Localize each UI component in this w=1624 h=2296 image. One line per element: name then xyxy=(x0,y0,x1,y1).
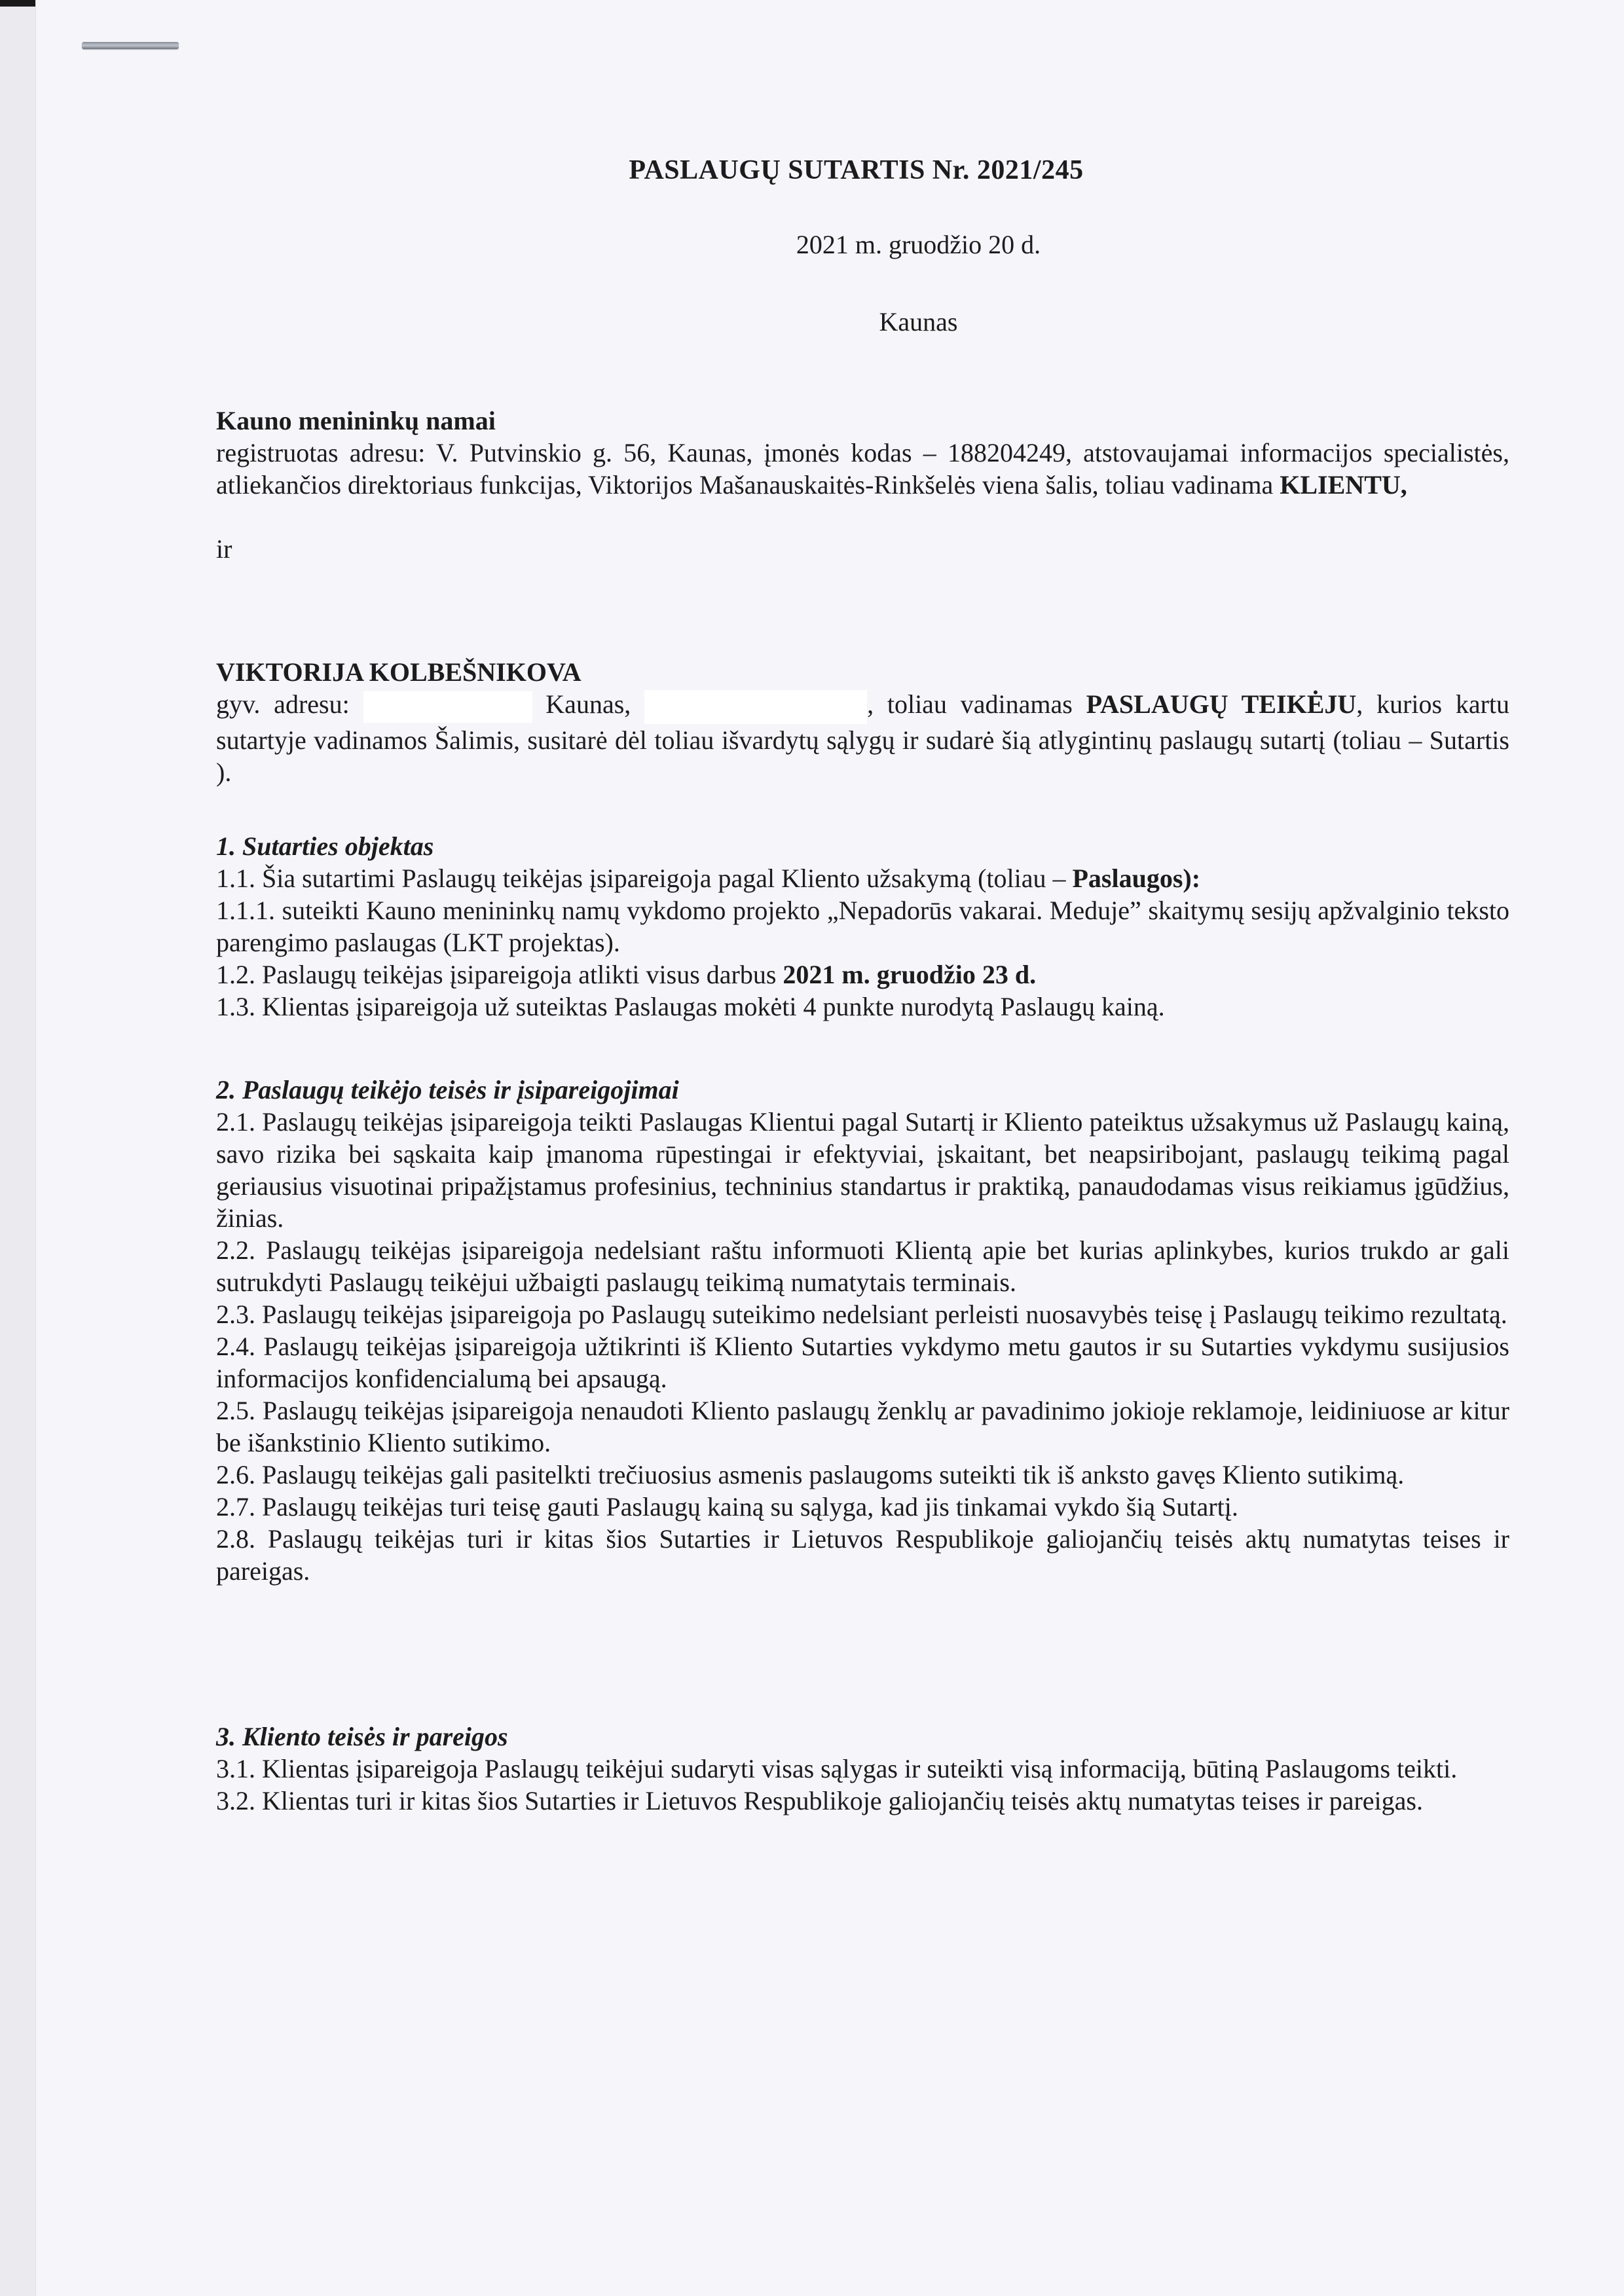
clause-3-2: 3.2. Klientas turi ir kitas šios Sutarti… xyxy=(216,1785,1509,1817)
client-name: Kauno menininkų namai xyxy=(216,405,1509,437)
clause-2-7: 2.7. Paslaugų teikėjas turi teisę gauti … xyxy=(216,1491,1509,1523)
section-1: 1. Sutarties objektas 1.1. Šia sutartimi… xyxy=(216,830,1509,1023)
clause-2-1: 2.1. Paslaugų teikėjas įsipareigoja teik… xyxy=(216,1106,1509,1234)
redacted-address xyxy=(363,691,532,723)
scanner-edge xyxy=(0,0,36,2296)
clause-2-4: 2.4. Paslaugų teikėjas įsipareigoja užti… xyxy=(216,1330,1509,1394)
client-role: KLIENTU, xyxy=(1280,470,1407,500)
clause-1-3: 1.3. Klientas įsipareigoja už suteiktas … xyxy=(216,991,1509,1023)
staple-mark xyxy=(82,42,179,49)
client-party-block: Kauno menininkų namai registruotas adres… xyxy=(216,405,1509,565)
document-title: PASLAUGŲ SUTARTIS Nr. 2021/245 xyxy=(0,155,1624,186)
section-heading: 3. Kliento teisės ir pareigos xyxy=(216,1721,1509,1753)
client-description: registruotas adresu: V. Putvinskio g. 56… xyxy=(216,437,1509,501)
clause-1-1-1: 1.1.1. suteikti Kauno menininkų namų vyk… xyxy=(216,894,1509,958)
clause-text: 1.2. Paslaugų teikėjas įsipareigoja atli… xyxy=(216,960,783,989)
section-2: 2. Paslaugų teikėjo teisės ir įsipareigo… xyxy=(216,1074,1509,1587)
provider-description-mid: , toliau vadinamas xyxy=(867,689,1086,719)
clause-2-5: 2.5. Paslaugų teikėjas įsipareigoja nena… xyxy=(216,1394,1509,1459)
provider-address-city: Kaunas, xyxy=(545,689,631,719)
clause-2-6: 2.6. Paslaugų teikėjas gali pasitelkti t… xyxy=(216,1459,1509,1491)
section-3: 3. Kliento teisės ir pareigos 3.1. Klien… xyxy=(216,1721,1509,1817)
clause-bold-deadline: 2021 m. gruodžio 23 d. xyxy=(783,960,1036,989)
clause-3-1: 3.1. Klientas įsipareigoja Paslaugų teik… xyxy=(216,1753,1509,1785)
redacted-address-2 xyxy=(644,690,867,724)
document-date: 2021 m. gruodžio 20 d. xyxy=(0,229,1624,260)
clause-2-2: 2.2. Paslaugų teikėjas įsipareigoja nede… xyxy=(216,1234,1509,1298)
provider-role: PASLAUGŲ TEIKĖJU xyxy=(1086,689,1357,719)
section-heading: 2. Paslaugų teikėjo teisės ir įsipareigo… xyxy=(216,1074,1509,1106)
clause-2-3: 2.3. Paslaugų teikėjas įsipareigoja po P… xyxy=(216,1298,1509,1330)
provider-party-block: VIKTORIJA KOLBEŠNIKOVA gyv. adresu: Kaun… xyxy=(216,656,1509,788)
clause-1-1: 1.1. Šia sutartimi Paslaugų teikėjas įsi… xyxy=(216,862,1509,894)
clause-2-8: 2.8. Paslaugų teikėjas turi ir kitas šio… xyxy=(216,1523,1509,1587)
provider-description: gyv. adresu: Kaunas, , toliau vadinamas … xyxy=(216,688,1509,788)
scanner-edge-top xyxy=(0,0,35,7)
clause-bold-term: Paslaugos): xyxy=(1072,864,1200,893)
document-city: Kaunas xyxy=(0,306,1624,337)
provider-name: VIKTORIJA KOLBEŠNIKOVA xyxy=(216,656,1509,688)
clause-1-2: 1.2. Paslaugų teikėjas įsipareigoja atli… xyxy=(216,958,1509,991)
conjunction-ir: ir xyxy=(216,533,1509,565)
clause-text: 1.1. Šia sutartimi Paslaugų teikėjas įsi… xyxy=(216,864,1072,893)
section-heading: 1. Sutarties objektas xyxy=(216,830,1509,862)
provider-address-label: gyv. adresu: xyxy=(216,689,350,719)
